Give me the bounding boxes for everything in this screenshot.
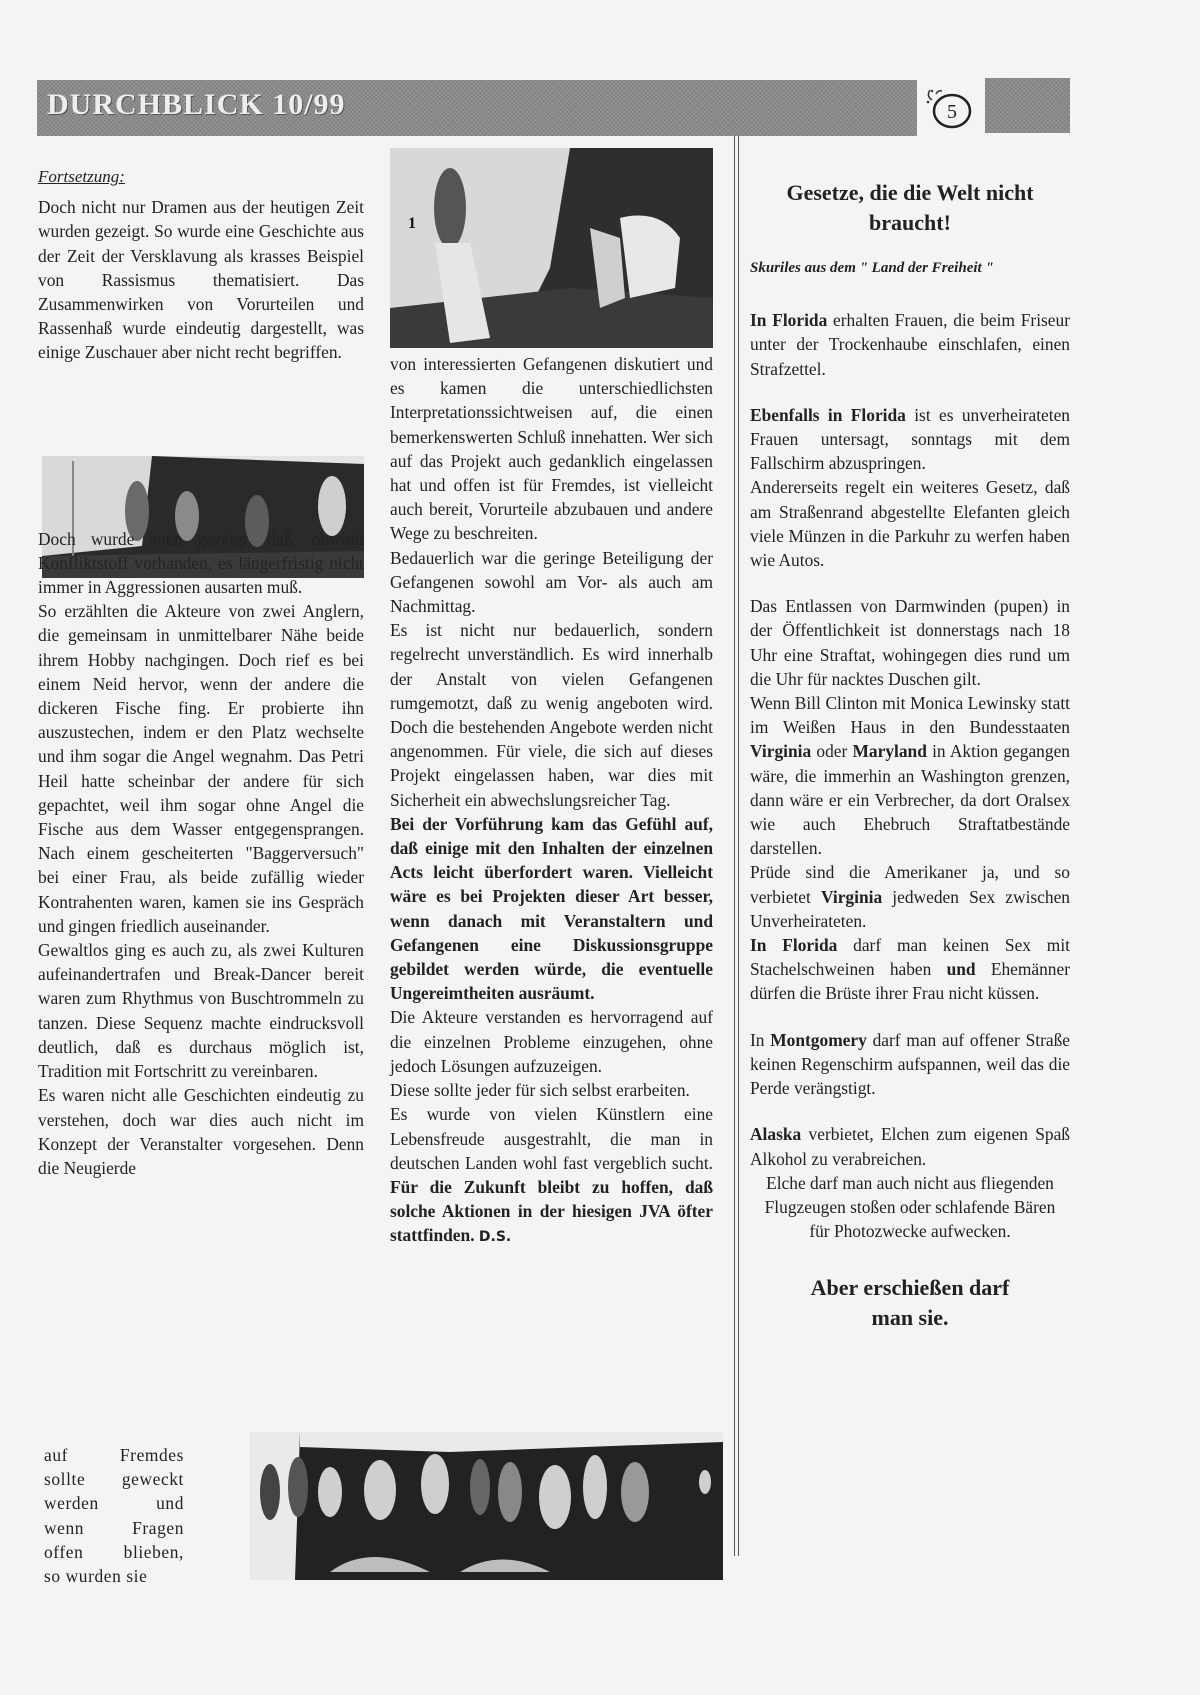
law-item: Andererseits regelt ein weiteres Gesetz,… (750, 475, 1070, 572)
law-item: Wenn Bill Clinton mit Monica Lewinsky st… (750, 691, 1070, 860)
paragraph: Doch nicht nur Dramen aus der heutigen Z… (38, 195, 364, 364)
law-location: In Florida (750, 935, 837, 955)
paragraph: Die Akteure verstanden es hervorragend a… (390, 1005, 713, 1078)
article-subtitle: Skuriles aus dem " Land der Freiheit " (750, 256, 1070, 280)
law-item: In Florida darf man keinen Sex mit Stach… (750, 933, 1070, 1006)
law-location: Maryland (853, 741, 927, 761)
text-line: offen blieben, (44, 1540, 184, 1564)
paragraph: Diese sollte jeder für sich selbst erarb… (390, 1078, 713, 1102)
closing-bold-text: Für die Zukunft bleibt zu hoffen, daß so… (390, 1177, 713, 1245)
article-closing: Aber erschießen darf man sie. (750, 1273, 1070, 1333)
article-middle-column: von interessierten Gefangenen diskutiert… (390, 352, 713, 1250)
law-item: Elche darf man auch nicht aus fliegenden… (750, 1171, 1070, 1244)
masthead-title: DURCHBLICK 10/99 (47, 88, 346, 122)
narrow-text-beside-photo: auf Fremdes sollte geweckt werden und we… (44, 1443, 184, 1588)
law-location: Alaska (750, 1124, 801, 1144)
page-number-badge: 5 (918, 82, 978, 136)
paragraph: Doch wurde auch gezeigt, daß, obwohl Kon… (38, 527, 364, 600)
law-item: In Florida erhalten Frauen, die beim Fri… (750, 308, 1070, 381)
law-location: Virginia (750, 741, 811, 761)
header-band-right (985, 78, 1070, 133)
photo-group-performers (250, 1432, 723, 1580)
continuation-label: Fortsetzung: (38, 165, 364, 189)
law-location: Montgomery (770, 1030, 867, 1050)
law-connector: und (947, 959, 976, 979)
law-location: Virginia (821, 887, 882, 907)
author-signature: D.S. (479, 1229, 511, 1245)
law-item: Alaska verbietet, Elchen zum eigenen Spa… (750, 1122, 1070, 1170)
paragraph: Gewaltlos ging es auch zu, als zwei Kult… (38, 938, 364, 1083)
law-item: Prüde sind die Amerikaner ja, und so ver… (750, 860, 1070, 933)
page-number: 5 (947, 101, 957, 123)
article-left-column: Fortsetzung: Doch nicht nur Dramen aus d… (38, 165, 364, 1180)
law-text: Wenn Bill Clinton mit Monica Lewinsky st… (750, 693, 1070, 737)
text-line: werden und (44, 1491, 184, 1515)
text-line: so wurden sie (44, 1564, 184, 1588)
law-item: In Montgomery darf man auf offener Straß… (750, 1028, 1070, 1101)
law-location: In Florida (750, 310, 827, 330)
photo-spacer (38, 365, 364, 527)
text-line: auf Fremdes (44, 1443, 184, 1467)
law-item: Das Entlassen von Darmwinden (pupen) in … (750, 594, 1070, 691)
law-item: Ebenfalls in Florida ist es unverheirate… (750, 403, 1070, 476)
closing-paragraph: Es wurde von vielen Künstlern eine Leben… (390, 1102, 713, 1249)
paragraph: Es ist nicht nur bedauerlich, sondern re… (390, 618, 713, 812)
paragraph: Bedauerlich war die geringe Beteiligung … (390, 546, 713, 619)
page-number-circle-icon: 5 (918, 82, 978, 136)
article-right-column: Gesetze, die die Welt nicht braucht! Sku… (750, 178, 1070, 1333)
column-divider (734, 136, 739, 1556)
law-text: In (750, 1030, 770, 1050)
article-title: Gesetze, die die Welt nicht braucht! (750, 178, 1070, 238)
paragraph: von interessierten Gefangenen diskutiert… (390, 352, 713, 546)
paragraph: Es waren nicht alle Geschichten eindeuti… (38, 1083, 364, 1180)
closing-text: Es wurde von vielen Künstlern eine Leben… (390, 1104, 713, 1172)
paragraph: So erzählten die Akteure von zwei Angler… (38, 599, 364, 938)
bold-paragraph: Bei der Vorführung kam das Gefühl auf, d… (390, 812, 713, 1006)
law-text: oder (811, 741, 852, 761)
law-location: Ebenfalls in Florida (750, 405, 906, 425)
photo-capoeira-fight: 1 (390, 148, 713, 348)
text-line: wenn Fragen (44, 1516, 184, 1540)
svg-text:1: 1 (408, 215, 416, 232)
header-band: DURCHBLICK 10/99 (37, 80, 917, 136)
newspaper-page: DURCHBLICK 10/99 5 1 (0, 0, 1200, 1695)
text-line: sollte geweckt (44, 1467, 184, 1491)
